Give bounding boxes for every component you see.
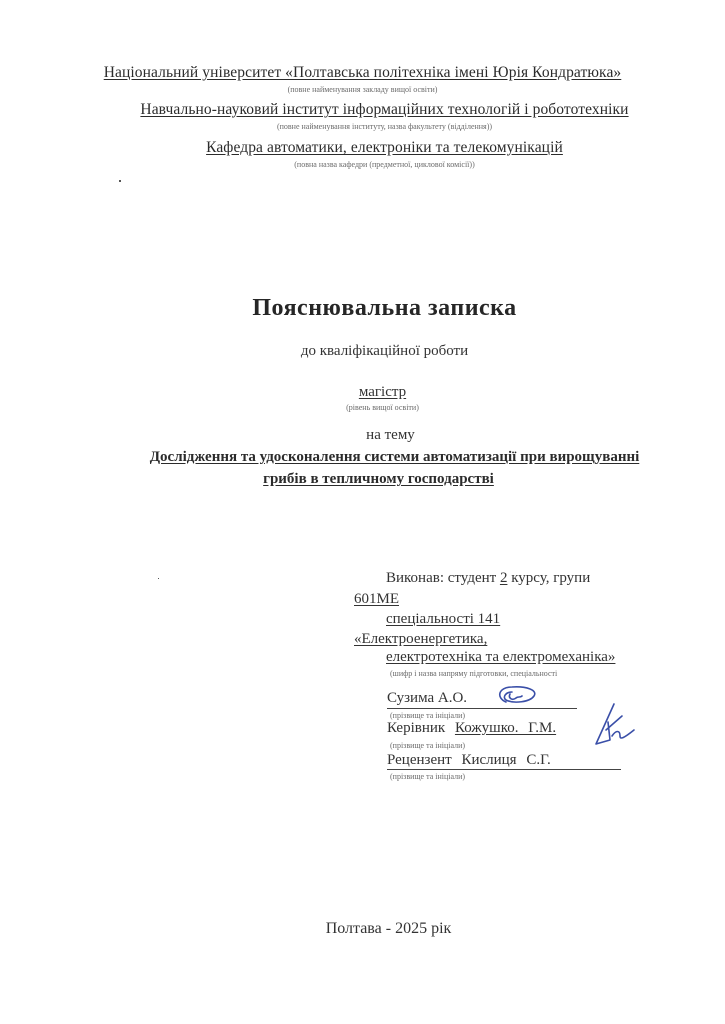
student-signature-line	[387, 708, 577, 709]
department-caption: (повна назва кафедри (предметної, циклов…	[22, 160, 725, 169]
reviewer-caption: (прізвище та ініціали)	[390, 772, 465, 781]
supervisor-role: Керівник	[387, 720, 445, 736]
scan-speck	[158, 578, 159, 579]
course-suffix: курсу, групи	[507, 570, 590, 586]
performed-prefix: Виконав: студент	[386, 570, 500, 586]
degree-caption: (рівень вищої освіти)	[20, 403, 725, 412]
specialty-code: спеціальності 141	[386, 611, 500, 628]
group-code: 601МЕ	[354, 591, 399, 608]
specialty-name-line-1: «Електроенергетика,	[354, 631, 487, 648]
student-caption: (прізвище та ініціали)	[390, 711, 465, 720]
performed-by-line: Виконав: студент 2 курсу, групи	[386, 570, 590, 587]
specialty-caption: (шифр і назва напряму підготовки, спеціа…	[390, 669, 557, 678]
reviewer-signature-line	[387, 769, 621, 770]
degree-level: магістр	[20, 384, 725, 401]
specialty-name-line-2: електротехніка та електромеханіка»	[386, 649, 615, 666]
reviewer-line: Рецензент Кислиця С.Г.	[387, 752, 551, 769]
institute-caption: (повне найменування інституту, назва фак…	[22, 122, 725, 131]
student-signature-icon	[492, 684, 548, 708]
department-name: Кафедра автоматики, електроніки та телек…	[22, 139, 725, 157]
city-year: Полтава - 2025 рік	[26, 920, 725, 938]
scan-speck	[119, 180, 121, 182]
institute-name: Навчально-науковий інститут інформаційни…	[22, 101, 725, 119]
supervisor-name: Кожушко. Г.М.	[455, 720, 556, 736]
document-title: Пояснювальна записка	[22, 295, 725, 322]
topic-prefix: на тему	[28, 427, 725, 444]
university-caption: (повне найменування закладу вищої освіти…	[0, 85, 725, 94]
topic-line-1: Дослідження та удосконалення системи авт…	[32, 449, 725, 466]
student-name: Сузима А.О.	[387, 690, 467, 707]
document-subtitle: до кваліфікаційної роботи	[22, 343, 725, 360]
supervisor-line: Керівник Кожушко. Г.М.	[387, 720, 556, 737]
supervisor-caption: (прізвище та ініціали)	[390, 741, 465, 750]
reviewer-name: Кислиця С.Г.	[461, 752, 550, 768]
topic-line-2: грибів в тепличному господарстві	[16, 471, 725, 488]
supervisor-signature-icon	[588, 700, 640, 752]
university-name: Національний університет «Полтавська пол…	[0, 64, 725, 82]
reviewer-role: Рецензент	[387, 752, 452, 768]
